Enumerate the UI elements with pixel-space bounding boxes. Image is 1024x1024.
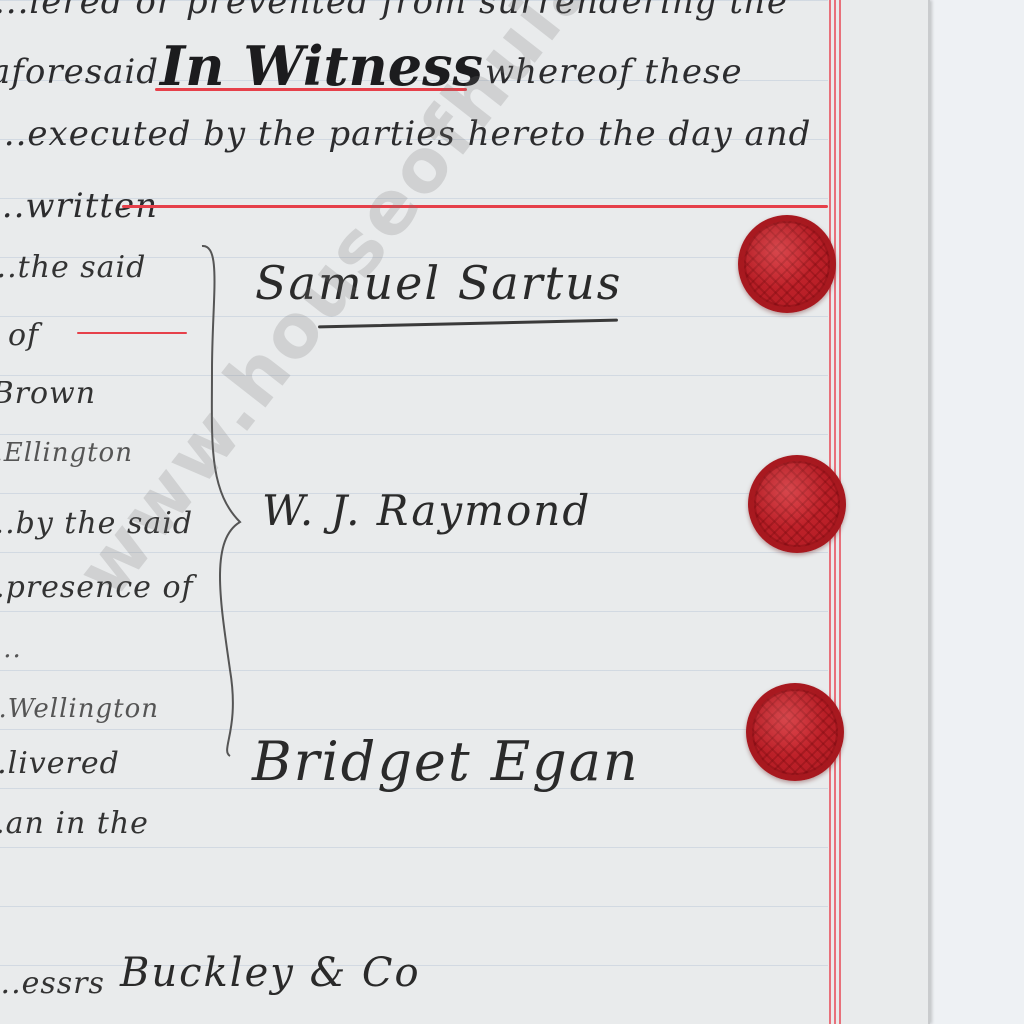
attestation-line-8: ...Wellington [0, 694, 159, 724]
attestation-line-2: of [8, 318, 39, 353]
footer-prefix: ...essrs [0, 966, 105, 1001]
wax-seal-1 [738, 215, 836, 313]
body-line-2-prefix: aforesaid [0, 52, 159, 92]
attestation-line-9: ...livered [0, 746, 120, 781]
red-separator-rule [122, 205, 828, 208]
wax-seal-2 [748, 455, 846, 553]
heading-underline [155, 88, 467, 91]
attestation-red-rule [77, 332, 187, 334]
attestation-line-10: ...an in the [0, 806, 149, 841]
attestation-line-1: ...the said [0, 250, 146, 285]
attestation-line-7: ... [0, 634, 22, 664]
footer-buckley-co: Buckley & Co [120, 950, 421, 996]
signature-wj-raymond: W. J. Raymond [262, 486, 591, 535]
attestation-line-4: ...Ellington [0, 438, 133, 468]
body-line-1: ...lered or prevented from surrendering … [0, 0, 788, 22]
wax-seal-3 [746, 683, 844, 781]
signature-bridget-egan: Bridget Egan [252, 730, 640, 793]
attestation-line-3: ...Brown [0, 376, 96, 411]
